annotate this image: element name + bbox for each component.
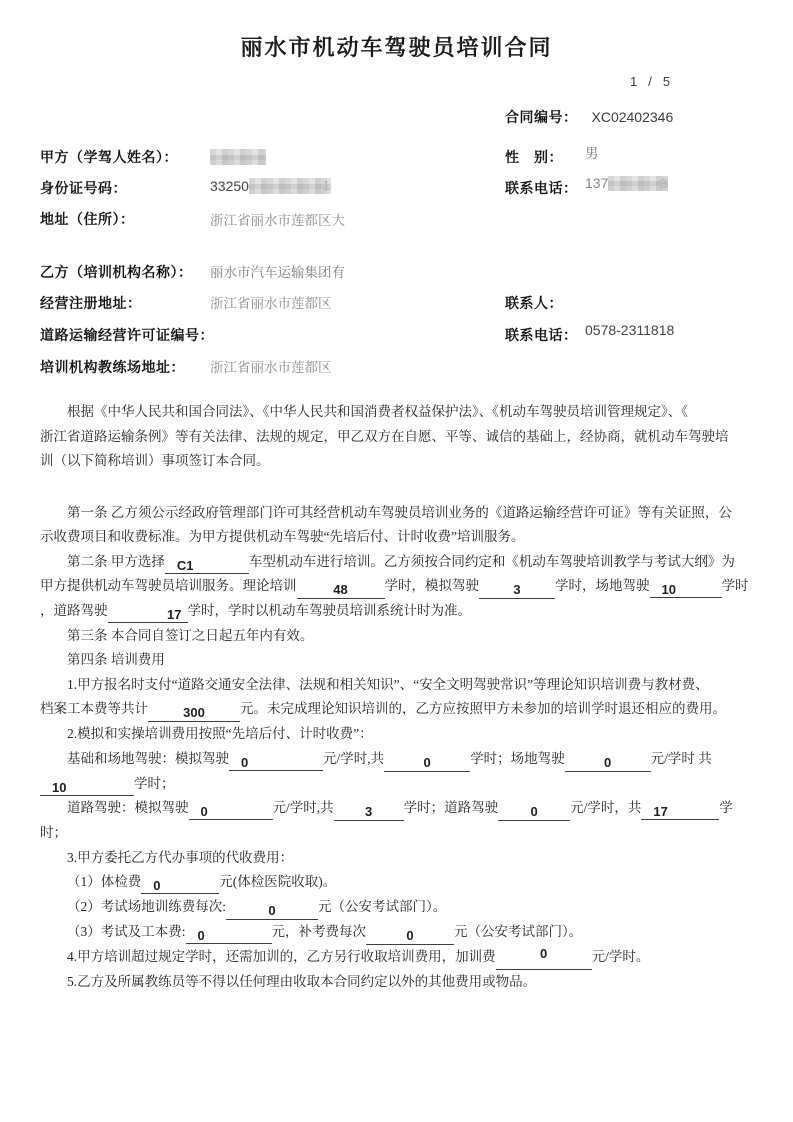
- fill-in-blank: 3: [334, 803, 404, 821]
- paragraph: 第三条 本合同自签订之日起五年内有效。: [40, 624, 754, 649]
- text-run: ，道路驾驶: [40, 603, 108, 618]
- text-run: 学时，模拟驾驶: [385, 578, 480, 593]
- text-line: 示收费项目和收费标准。为甲方提供机动车驾驶“先培后付、计时收费”培训服务。: [40, 525, 754, 550]
- phone-prefix: 137: [585, 175, 608, 191]
- text-run: 元（公安考试部门）。: [318, 899, 446, 914]
- fill-in-value: 0: [604, 755, 611, 770]
- party-b-phone-label: 联系电话：: [505, 325, 578, 345]
- redacted-phone-block: 3: [608, 176, 668, 191]
- text-run: 学时；道路驾驶: [404, 800, 499, 815]
- text-run: 元，补考费每次: [272, 924, 367, 939]
- phone-suffix: 3: [660, 176, 667, 191]
- contract-number-row: 合同编号：XC02402346: [505, 107, 673, 127]
- paragraph: 2.模拟和实操培训费用按照“先培后付、计时收费”：基础和场地驾驶：模拟驾驶0元/…: [40, 722, 754, 846]
- fill-in-value: 17: [653, 804, 667, 819]
- fill-in-value: 0: [268, 903, 275, 918]
- redacted-name-block: [210, 149, 266, 165]
- reg-address-label: 经营注册地址：: [40, 293, 142, 313]
- fill-in-value: 0: [198, 928, 205, 943]
- text-line: 2.模拟和实操培训费用按照“先培后付、计时收费”：: [40, 722, 754, 747]
- text-run: 4.甲方培训超过规定学时，还需加训的，乙方另行收取培训费用，加训费: [67, 949, 496, 964]
- text-run: 学时；: [134, 776, 175, 791]
- id-number-prefix: 33250: [210, 178, 249, 194]
- license-no-label: 道路运输经营许可证编号：: [40, 325, 214, 345]
- fill-in-value: 0: [531, 804, 538, 819]
- text-line: 1.甲方报名时支付“道路交通安全法律、法规和相关知识”、“安全文明驾驶常识”等理…: [40, 673, 754, 698]
- fill-in-value: 10: [662, 582, 676, 597]
- doc-title: 丽水市机动车驾驶员培训合同: [0, 31, 793, 62]
- fill-in-blank: 0: [189, 803, 273, 820]
- text-run: 车型机动车进行培训。乙方须按合同约定和《机动车驾驶培训教学与考试大纲》为: [249, 554, 735, 569]
- fill-in-blank: 0: [141, 877, 219, 894]
- fill-in-blank: 17: [641, 803, 719, 820]
- fill-in-blank: 10: [650, 581, 722, 598]
- fill-in-blank: 0: [496, 952, 592, 970]
- text-run: 道路驾驶：模拟驾驶: [67, 800, 189, 815]
- text-line: ，道路驾驶17学时，学时以机动车驾驶员培训系统计时为准。: [40, 599, 754, 624]
- contract-number-label: 合同编号：: [505, 109, 578, 125]
- text-run: 1.甲方报名时支付“道路交通安全法律、法规和相关知识”、“安全文明驾驶常识”等理…: [67, 677, 709, 692]
- text-run: 元（公安考试部门）。: [454, 924, 582, 939]
- id-number-label: 身份证号码：: [40, 178, 127, 198]
- paragraph: 1.甲方报名时支付“道路交通安全法律、法规和相关知识”、“安全文明驾驶常识”等理…: [40, 673, 754, 723]
- text-run: 元/学时。: [592, 949, 650, 964]
- party-b-phone-value: 0578-2311818: [585, 322, 674, 338]
- fill-in-blank: 0: [498, 803, 570, 821]
- id-number-suffix: 1: [323, 178, 330, 193]
- text-run: （1）体检费: [67, 874, 141, 889]
- text-run: 元/学时,共: [323, 751, 384, 766]
- party-b-name-label: 乙方（培训机构名称）：: [40, 262, 193, 282]
- fill-in-value: 0: [406, 928, 413, 943]
- fill-in-blank: 48: [297, 581, 385, 599]
- text-run: 根据《中华人民共和国合同法》、《中华人民共和国消费者权益保护法》、《机动车驾驶员…: [67, 404, 688, 419]
- text-line: 3.甲方委托乙方代办事项的代收费用：: [40, 846, 754, 871]
- paragraph: 第四条 培训费用: [40, 648, 754, 673]
- text-line: 5.乙方及所属教练员等不得以任何理由收取本合同约定以外的其他费用或物品。: [40, 970, 754, 995]
- party-a-name-label: 甲方（学驾人姓名）：: [40, 147, 178, 167]
- paragraph: 根据《中华人民共和国合同法》、《中华人民共和国消费者权益保护法》、《机动车驾驶员…: [40, 400, 754, 474]
- fill-in-value: 0: [241, 755, 248, 770]
- text-run: 元(体检医院收取)。: [219, 874, 336, 889]
- party-a-phone-value: 1373: [585, 175, 668, 193]
- fill-in-value: 10: [52, 780, 66, 795]
- text-run: 基础和场地驾驶：模拟驾驶: [67, 751, 229, 766]
- paragraph: 第二条 甲方选择C1车型机动车进行培训。乙方须按合同约定和《机动车驾驶培训教学与…: [40, 550, 754, 624]
- text-run: 第四条 培训费用: [67, 652, 165, 667]
- training-ground-value: 浙江省丽水市莲都区: [210, 356, 332, 376]
- text-run: 学时，学时以机动车驾驶员培训系统计时为准。: [188, 603, 472, 618]
- text-run: 训（以下简称培训）事项签订本合同。: [40, 453, 270, 468]
- text-run: 档案工本费等共计: [40, 701, 148, 716]
- text-run: 甲方提供机动车驾驶员培训服务。理论培训: [40, 578, 297, 593]
- fill-in-value: 0: [424, 755, 431, 770]
- page-indicator: 1/5: [630, 74, 670, 89]
- text-line: 训（以下简称培训）事项签订本合同。: [40, 449, 754, 474]
- text-line: 根据《中华人民共和国合同法》、《中华人民共和国消费者权益保护法》、《机动车驾驶员…: [40, 400, 754, 425]
- contract-document-page: 丽水市机动车驾驶员培训合同 1/5 合同编号：XC02402346 甲方（学驾人…: [0, 0, 793, 1122]
- fill-in-blank: 17: [108, 606, 188, 623]
- text-line: 4.甲方培训超过规定学时，还需加训的，乙方另行收取培训费用，加训费0元/学时。: [40, 945, 754, 970]
- page-separator: /: [648, 74, 652, 89]
- text-run: （2）考试场地训练费每次:: [67, 899, 226, 914]
- text-line: 甲方提供机动车驾驶员培训服务。理论培训48学时，模拟驾驶3学时，场地驾驶10学时: [40, 574, 754, 599]
- page-total: 5: [663, 74, 670, 89]
- fill-in-value: 0: [540, 945, 547, 962]
- fill-in-blank: 0: [186, 927, 272, 944]
- fill-in-value: 300: [183, 705, 205, 720]
- text-run: 学: [719, 800, 733, 815]
- fill-in-blank: 3: [479, 581, 555, 599]
- page-current: 1: [630, 74, 637, 89]
- party-a-name-value: [210, 149, 266, 167]
- text-run: 元。未完成理论知识培训的，乙方应按照甲方未参加的培训学时退还相应的费用。: [240, 701, 726, 716]
- training-ground-label: 培训机构教练场地址：: [40, 357, 185, 377]
- fill-in-blank: 0: [384, 754, 470, 772]
- text-run: 浙江省道路运输条例》等有关法律、法规的规定，甲乙双方在自愿、平等、诚信的基础上，…: [40, 429, 729, 444]
- redacted-id-block: 1: [249, 178, 331, 194]
- reg-address-value: 浙江省丽水市莲都区: [210, 292, 332, 312]
- text-run: 元/学时，共: [570, 800, 641, 815]
- text-line: 时；: [40, 821, 754, 846]
- fill-in-blank: C1: [165, 557, 249, 574]
- contract-number-value: XC02402346: [592, 109, 674, 125]
- text-run: 示收费项目和收费标准。为甲方提供机动车驾驶“先培后付、计时收费”培训服务。: [40, 529, 524, 544]
- text-run: 第三条 本合同自签订之日起五年内有效。: [67, 628, 313, 643]
- text-run: 学时，场地驾驶: [555, 578, 650, 593]
- fill-in-blank: 0: [229, 754, 323, 771]
- text-run: 2.模拟和实操培训费用按照“先培后付、计时收费”：: [67, 726, 373, 741]
- text-run: 学时；场地驾驶: [470, 751, 565, 766]
- text-line: 基础和场地驾驶：模拟驾驶0元/学时,共0学时；场地驾驶0元/学时 共: [40, 747, 754, 772]
- paragraph: 第一条 乙方须公示经政府管理部门许可其经营机动车驾驶员培训业务的《道路运输经营许…: [40, 501, 754, 550]
- fill-in-blank: 300: [148, 704, 240, 722]
- gender-value: 男: [585, 142, 599, 162]
- text-line: 浙江省道路运输条例》等有关法律、法规的规定，甲乙双方在自愿、平等、诚信的基础上，…: [40, 425, 754, 450]
- text-run: 元/学时 共: [651, 751, 712, 766]
- text-run: 元/学时,共: [273, 800, 334, 815]
- fill-in-blank: 0: [565, 754, 651, 772]
- text-line: （1）体检费0元(体检医院收取)。: [40, 870, 754, 895]
- contact-person-label: 联系人：: [505, 293, 563, 313]
- gender-label: 性 别：: [505, 147, 563, 167]
- address-value: 浙江省丽水市莲都区大: [210, 209, 345, 229]
- text-run: 第一条 乙方须公示经政府管理部门许可其经营机动车驾驶员培训业务的《道路运输经营许…: [67, 505, 732, 520]
- fill-in-blank: 0: [366, 927, 454, 945]
- fill-in-value: 3: [513, 582, 520, 597]
- fill-in-value: 0: [201, 804, 208, 819]
- text-run: 学时: [722, 578, 749, 593]
- paragraph: 3.甲方委托乙方代办事项的代收费用：（1）体检费0元(体检医院收取)。（2）考试…: [40, 846, 754, 995]
- text-line: 档案工本费等共计300元。未完成理论知识培训的，乙方应按照甲方未参加的培训学时退…: [40, 697, 754, 722]
- text-line: 第四条 培训费用: [40, 648, 754, 673]
- fill-in-value: C1: [177, 558, 194, 573]
- fill-in-value: 17: [167, 607, 181, 622]
- fill-in-blank: 10: [40, 779, 134, 796]
- text-line: （2）考试场地训练费每次:0元（公安考试部门）。: [40, 895, 754, 920]
- text-line: 第二条 甲方选择C1车型机动车进行培训。乙方须按合同约定和《机动车驾驶培训教学与…: [40, 550, 754, 575]
- fill-in-value: 0: [153, 878, 160, 893]
- text-line: 10学时；: [40, 772, 754, 797]
- fill-in-value: 3: [365, 804, 372, 819]
- party-a-phone-label: 联系电话：: [505, 178, 578, 198]
- text-run: 3.甲方委托乙方代办事项的代收费用：: [67, 850, 293, 865]
- text-run: （3）考试及工本费:: [67, 924, 186, 939]
- text-run: 时；: [40, 825, 67, 840]
- text-run: 第二条 甲方选择: [67, 554, 165, 569]
- text-line: （3）考试及工本费:0元，补考费每次0元（公安考试部门）。: [40, 920, 754, 945]
- fill-in-blank: 0: [226, 902, 318, 920]
- fill-in-value: 48: [333, 582, 347, 597]
- body-paragraphs: 根据《中华人民共和国合同法》、《中华人民共和国消费者权益保护法》、《机动车驾驶员…: [40, 400, 754, 994]
- text-line: 第一条 乙方须公示经政府管理部门许可其经营机动车驾驶员培训业务的《道路运输经营许…: [40, 501, 754, 526]
- address-label: 地址（住所）：: [40, 209, 135, 229]
- party-b-name-value: 丽水市汽车运输集团有: [210, 261, 345, 281]
- text-run: 5.乙方及所属教练员等不得以任何理由收取本合同约定以外的其他费用或物品。: [67, 974, 536, 989]
- text-line: 道路驾驶：模拟驾驶0元/学时,共3学时；道路驾驶0元/学时，共17学: [40, 796, 754, 821]
- text-line: 第三条 本合同自签订之日起五年内有效。: [40, 624, 754, 649]
- id-number-value: 332501: [210, 178, 331, 196]
